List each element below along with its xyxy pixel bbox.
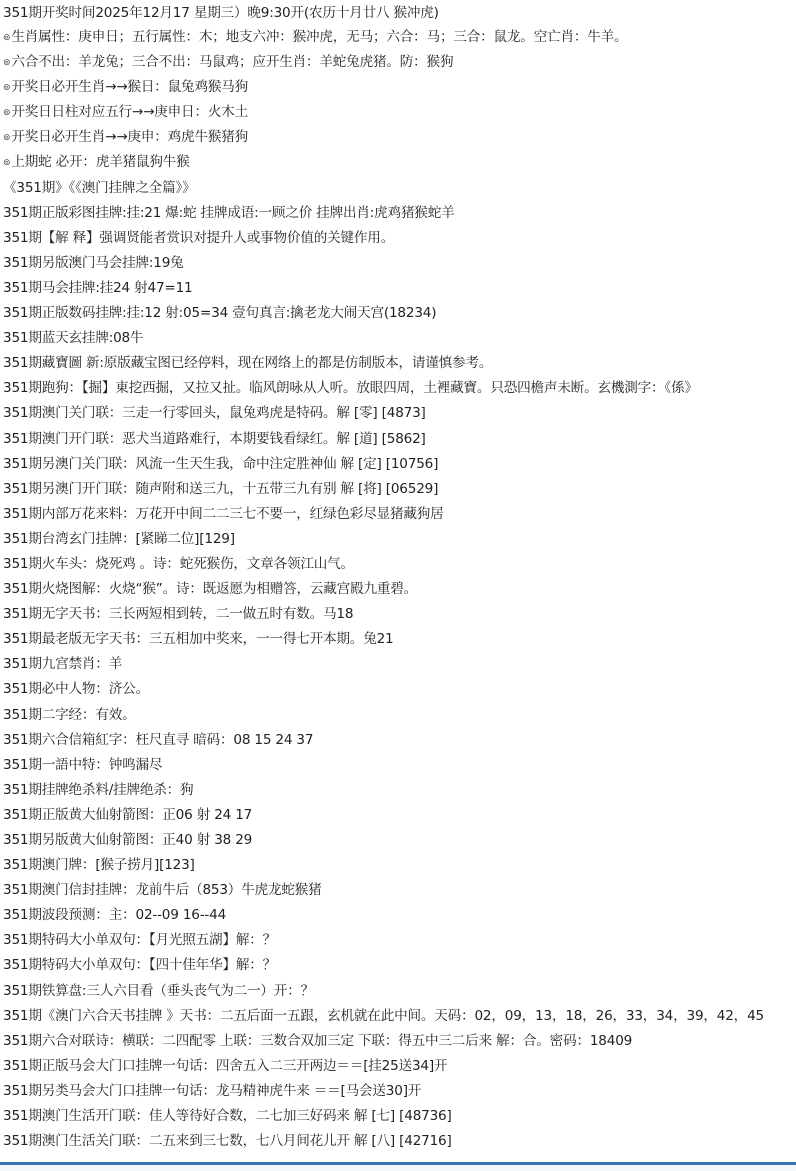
circle-bullet-icon: ⊚ (3, 76, 10, 100)
text-line: 351期蓝天玄挂牌:08牛 (0, 326, 796, 351)
bullet-text: 六合不出：羊龙兔；三合不出：马鼠鸡；应开生肖：羊蛇兔虎猪。防：猴狗 (11, 54, 453, 70)
bottom-background-strip (0, 1165, 796, 1171)
text-line: 351期六合信箱紅字：枉尺直寻 暗码：08 15 24 37 (0, 728, 796, 753)
text-line: 351期内部万花来料：万花开中间二二三七不要一，红绿色彩尽显猪藏狗居 (0, 502, 796, 527)
draw-time-header: 351期开奖时间2025年12月17 星期三）晚9:30开(农历十月廿八 猴冲虎… (0, 0, 796, 25)
text-line: 351期另澳门关门联：风流一生天生我，命中注定胜神仙 解 [定] [10756] (0, 452, 796, 477)
text-line: 351期一語中特：钟鸣漏尽 (0, 753, 796, 778)
text-line: 351期【解 释】强调贤能者赏识对提升人或事物价值的关键作用。 (0, 226, 796, 251)
text-line: 351期二字经：有效。 (0, 703, 796, 728)
text-line: 351期正版黄大仙射箭图：正06 射 24 17 (0, 803, 796, 828)
circle-bullet-icon: ⊚ (3, 26, 10, 50)
bullet-text: 生肖属性：庚申日；五行属性：木；地支六冲：猴冲虎，无马；六合：马；三合：鼠龙。空… (11, 29, 627, 45)
text-line: 351期火车头：烧死鸡 。诗：蛇死猴伤，文章各领江山气。 (0, 552, 796, 577)
text-line: 351期马会挂牌:挂24 射47=11 (0, 276, 796, 301)
bullet-text: 开奖日必开生肖→→猴日：鼠兔鸡猴马狗 (11, 79, 248, 95)
bullet-line: ⊚上期蛇 必开：虎羊猪鼠狗牛猴 (0, 150, 796, 175)
text-line: 351期无字天书：三长两短相到转，二一做五时有数。马18 (0, 602, 796, 627)
bullet-line: ⊚开奖日日柱对应五行→→庚申日：火木土 (0, 100, 796, 125)
text-line: 351期藏寶圖 新:原版藏宝图已经停料，现在网络上的都是仿制版本，请谨慎参考。 (0, 351, 796, 376)
bullet-line: ⊚生肖属性：庚申日；五行属性：木；地支六冲：猴冲虎，无马；六合：马；三合：鼠龙。… (0, 25, 796, 50)
circle-bullet-icon: ⊚ (3, 151, 10, 175)
bullet-line: ⊚开奖日必开生肖→→猴日：鼠兔鸡猴马狗 (0, 75, 796, 100)
text-line: 351期必中人物：济公。 (0, 677, 796, 702)
bullet-line: ⊚开奖日必开生肖→→庚申：鸡虎牛猴猪狗 (0, 125, 796, 150)
text-line: 351期正版马会大门口挂牌一句话：四舍五入二三开两边＝＝[挂25送34]开 (0, 1054, 796, 1079)
text-line: 351期澳门开门联：恶犬当道路难行，本期要钱看绿红。解 [道] [5862] (0, 427, 796, 452)
text-line: 351期另类马会大门口挂牌一句话：龙马精神虎牛来 ＝＝[马会送30]开 (0, 1079, 796, 1104)
text-line: 351期火烧图解：火烧“猴”。诗：既返愿为相赠答，云藏宫殿九重碧。 (0, 577, 796, 602)
text-line: 351期正版彩图挂牌:挂:21 爆:蛇 挂牌成语:一顾之价 挂牌出肖:虎鸡猪猴蛇… (0, 201, 796, 226)
text-line: 351期六合对联诗：横联：二四配零 上联：三数合双加三定 下联：得五中三二后来 … (0, 1029, 796, 1054)
text-line: 351期台湾玄门挂牌：[紧睇二位][129] (0, 527, 796, 552)
text-line: 351期波段预测：主：02--09 16--44 (0, 903, 796, 928)
text-line: 351期澳门生活开门联：佳人等待好合数，二七加三好码来 解 [七] [48736… (0, 1104, 796, 1129)
text-line: 351期跑狗：【掘】東挖西掘，又拉又扯。临风朗咏从人听。放眼四周，土裡藏寶。只恐… (0, 376, 796, 401)
bullet-text: 开奖日日柱对应五行→→庚申日：火木土 (11, 104, 248, 120)
circle-bullet-icon: ⊚ (3, 51, 10, 75)
text-line: 351期正版数码挂牌:挂:12 射:05=34 壹句真言:擒老龙大闹天宫(182… (0, 301, 796, 326)
text-line: 351期澳门生活关门联：二五来到三七数，七八月间花儿开 解 [八] [42716… (0, 1129, 796, 1154)
bullet-line: ⊚六合不出：羊龙兔；三合不出：马鼠鸡；应开生肖：羊蛇兔虎猪。防：猴狗 (0, 50, 796, 75)
bullet-text: 上期蛇 必开：虎羊猪鼠狗牛猴 (11, 154, 189, 170)
text-line: 351期特码大小单双句：【四十佳年华】解：？ (0, 953, 796, 978)
text-line: 351期澳门牌：[猴子捞月][123] (0, 853, 796, 878)
section-title: 《351期》《《澳门挂牌之全篇》》 (0, 176, 796, 201)
text-line: 351期特码大小单双句：【月光照五湖】解：？ (0, 928, 796, 953)
text-line: 351期另澳门开门联：随声附和送三九，十五带三九有别 解 [将] [06529] (0, 477, 796, 502)
text-line: 351期澳门信封挂牌：龙前牛后（853）牛虎龙蛇猴猪 (0, 878, 796, 903)
text-line: 351期挂牌绝杀料/挂牌绝杀：狗 (0, 778, 796, 803)
text-line: 351期《澳门六合天书挂牌 》天书：二五后面一五跟，玄机就在此中间。天码：02，… (0, 1004, 796, 1029)
article-body: 351期开奖时间2025年12月17 星期三）晚9:30开(农历十月廿八 猴冲虎… (0, 0, 796, 1154)
circle-bullet-icon: ⊚ (3, 126, 10, 150)
text-line: 351期九宫禁肖：羊 (0, 652, 796, 677)
bullet-text: 开奖日必开生肖→→庚申：鸡虎牛猴猪狗 (11, 129, 248, 145)
text-line: 351期澳门关门联：三走一行零回头，鼠兔鸡虎是特码。解 [零] [4873] (0, 401, 796, 426)
text-line: 351期另版黄大仙射箭图：正40 射 38 29 (0, 828, 796, 853)
text-line: 351期最老版无字天书：三五相加中奖来，一一得七开本期。兔21 (0, 627, 796, 652)
text-line: 351期另版澳门马会挂牌:19兔 (0, 251, 796, 276)
circle-bullet-icon: ⊚ (3, 101, 10, 125)
text-line: 351期铁算盘:三人六目看（垂头丧气为二一）开：？ (0, 979, 796, 1004)
